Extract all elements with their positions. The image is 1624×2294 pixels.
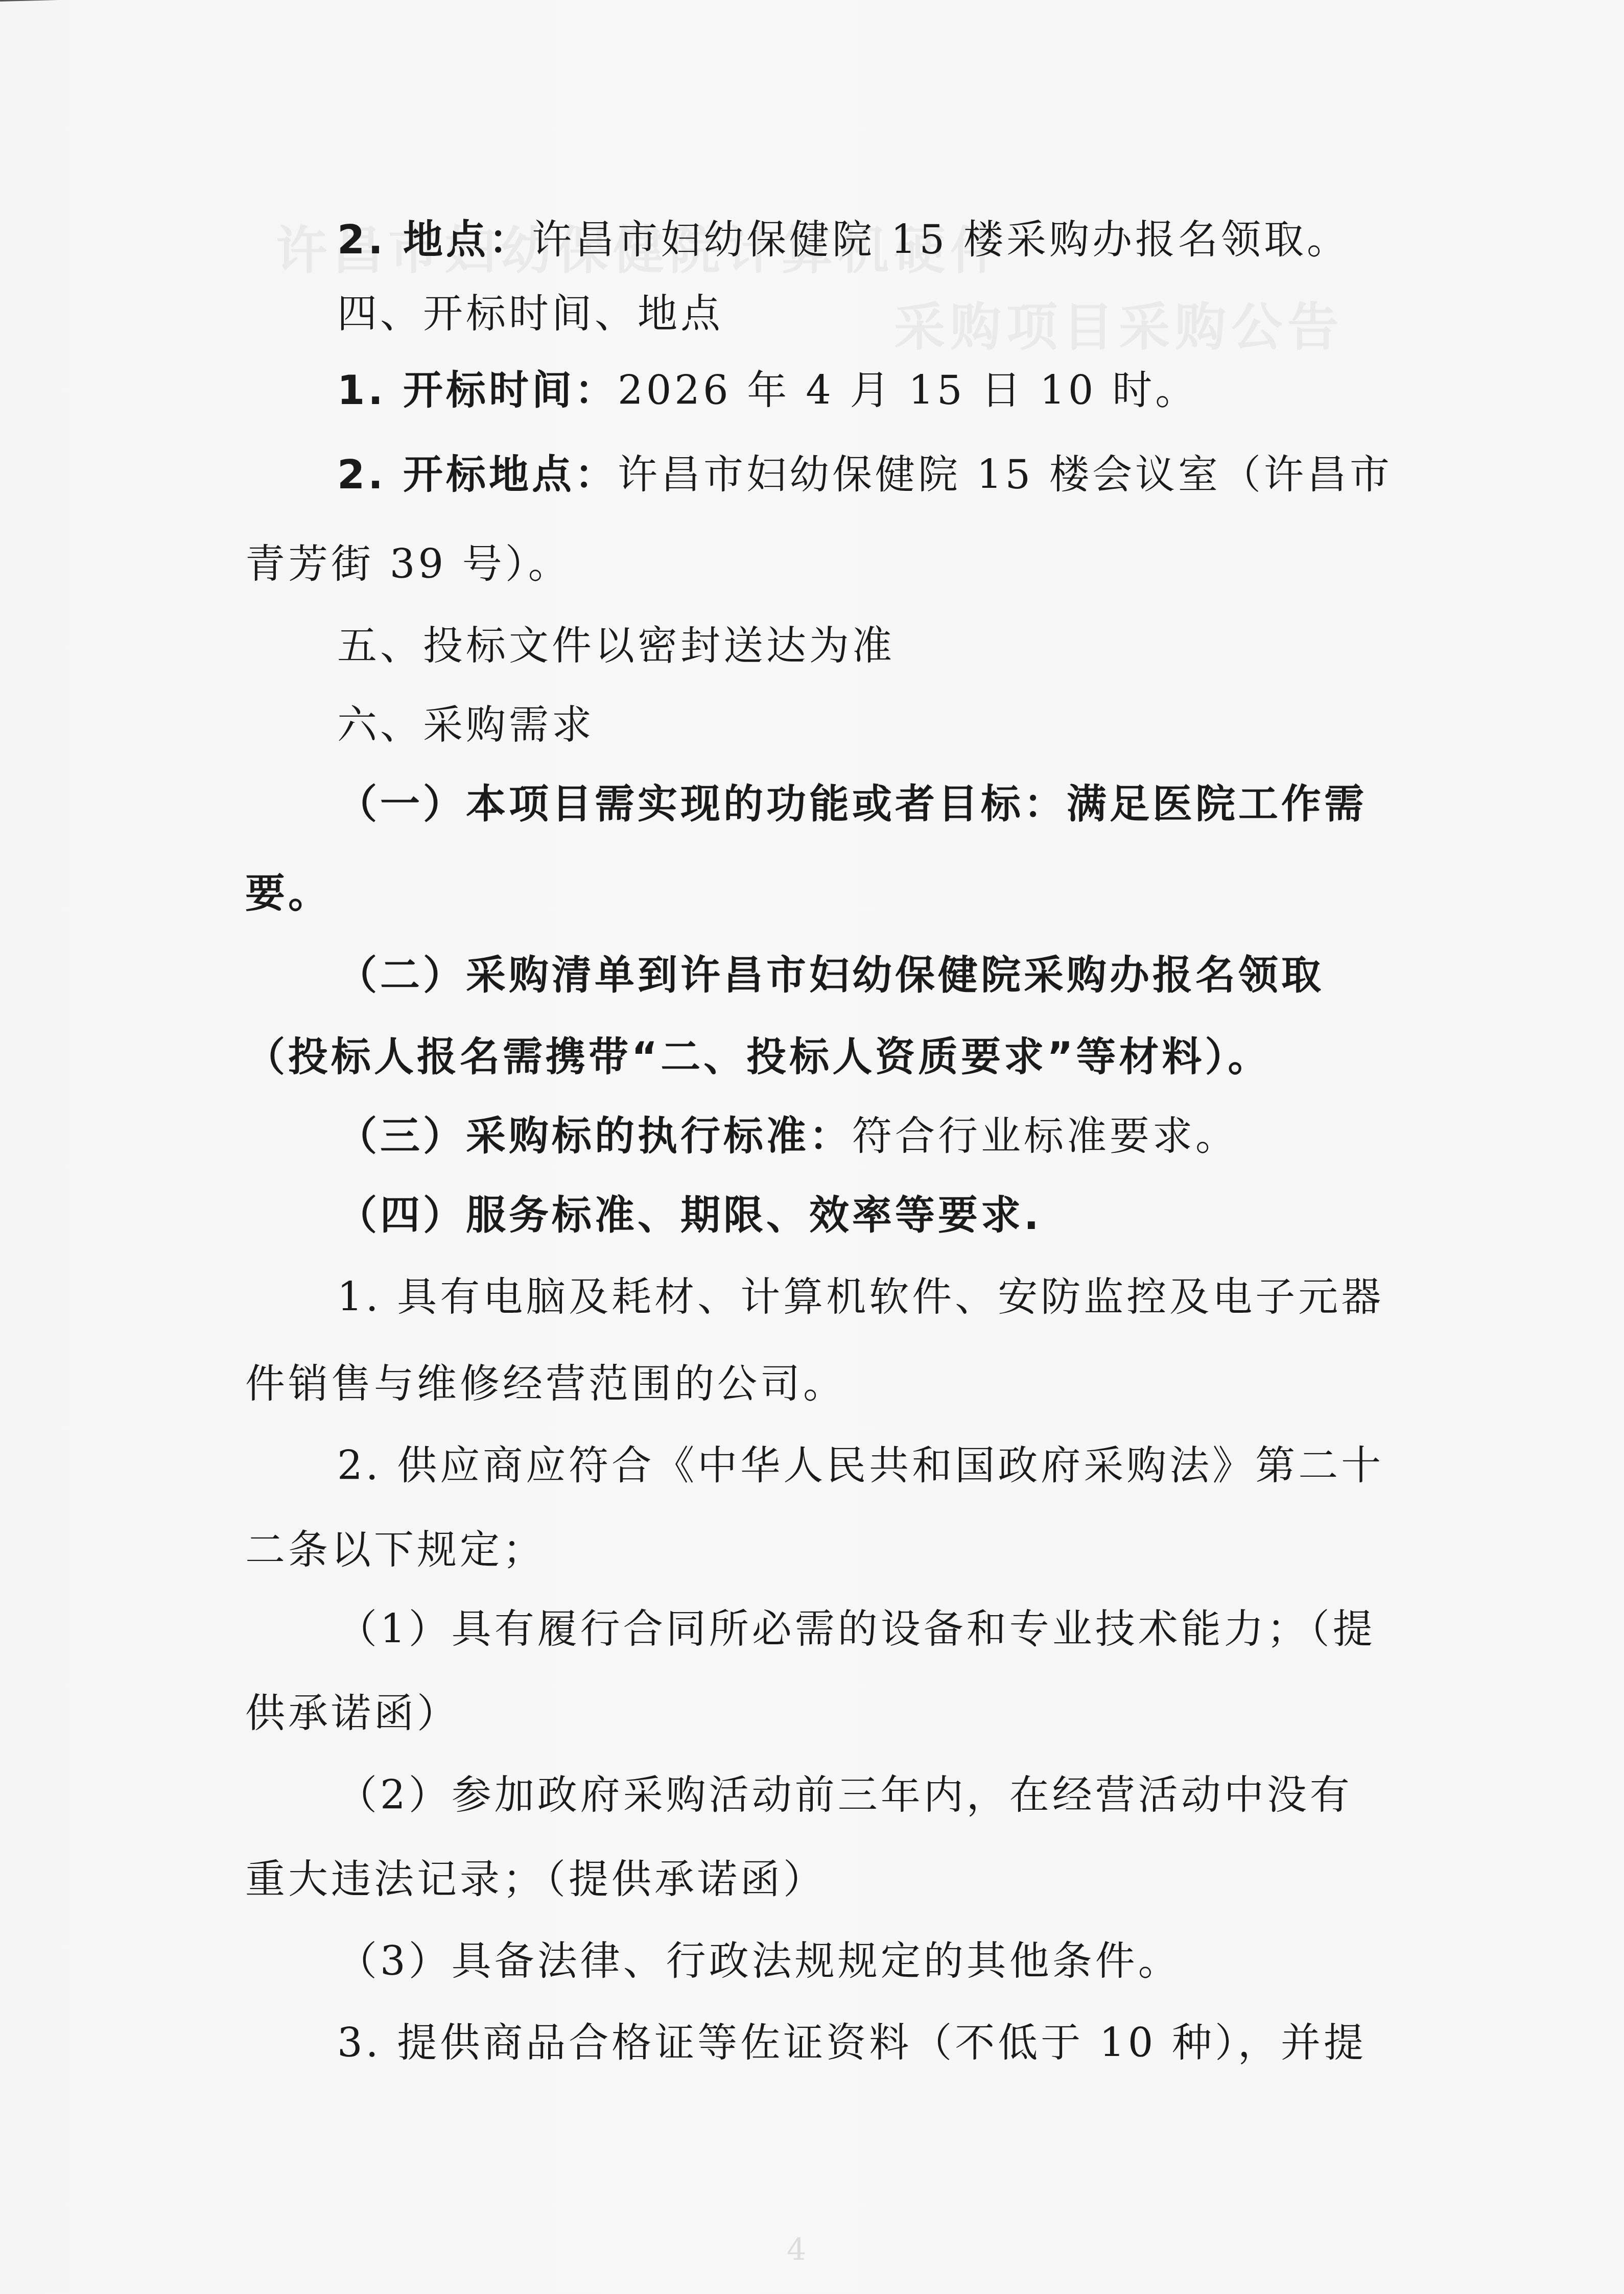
req-1-cont: 要。: [245, 868, 331, 919]
section-4-heading: 四、开标时间、地点: [337, 289, 723, 340]
item-2-2-cont: 重大违法记录；（提供承诺函）: [245, 1854, 826, 1905]
req-3-text: 符合行业标准要求。: [852, 1114, 1238, 1160]
req-2-cont: （投标人报名需携带“二、投标人资质要求”等材料）。: [245, 1032, 1271, 1083]
req-3-label: （三）采购标的执行标准：: [337, 1114, 852, 1160]
item-2-line: 2. 供应商应符合《中华人民共和国政府采购法》第二十: [337, 1440, 1384, 1492]
location-label: 2. 地点：: [337, 217, 532, 263]
bleed-through-title-2: 采购项目采购公告: [894, 286, 1344, 360]
item-2-cont: 二条以下规定；: [245, 1525, 546, 1576]
item-1-cont: 件销售与维修经营范围的公司。: [245, 1359, 846, 1410]
req-3-line: （三）采购标的执行标准：符合行业标准要求。: [337, 1111, 1238, 1162]
location-line: 2. 地点：许昌市妇幼保健院 15 楼采购办报名领取。: [337, 215, 1350, 266]
location-text: 许昌市妇幼保健院 15 楼采购办报名领取。: [532, 217, 1350, 263]
scanned-document-page: 许昌市妇幼保健院计算机硬件 采购项目采购公告 2. 地点：许昌市妇幼保健院 15…: [0, 0, 1624, 2294]
opening-location-cont: 青芳街 39 号）。: [245, 539, 571, 590]
opening-location-line: 2. 开标地点：许昌市妇幼保健院 15 楼会议室（许昌市: [337, 450, 1393, 501]
scan-edge-line: [0, 0, 419, 2]
opening-time-line: 1. 开标时间：2026 年 4 月 15 日 10 时。: [337, 365, 1198, 416]
req-2-line: （二）采购清单到许昌市妇幼保健院采购办报名领取: [337, 950, 1324, 1001]
item-2-2-line: （2）参加政府采购活动前三年内，在经营活动中没有: [337, 1770, 1353, 1821]
item-1-line: 1. 具有电脑及耗材、计算机软件、安防监控及电子元器: [337, 1272, 1384, 1323]
opening-location-value: 许昌市妇幼保健院 15 楼会议室（许昌市: [618, 452, 1393, 498]
item-2-1-cont: 供承诺函）: [245, 1688, 460, 1739]
item-2-1-line: （1）具有履行合同所必需的设备和专业技术能力；（提: [337, 1604, 1376, 1655]
section-5-heading: 五、投标文件以密封送达为准: [337, 621, 895, 672]
section-6-heading: 六、采购需求: [337, 700, 595, 751]
req-1-line: （一）本项目需实现的功能或者目标：满足医院工作需: [337, 779, 1367, 830]
item-3-line: 3. 提供商品合格证等佐证资料（不低于 10 种），并提: [337, 2018, 1367, 2069]
item-2-3-line: （3）具备法律、行政法规规定的其他条件。: [337, 1936, 1181, 1987]
opening-time-value: 2026 年 4 月 15 日 10 时。: [618, 368, 1198, 414]
req-4-line: （四）服务标准、期限、效率等要求.: [337, 1190, 1042, 1241]
page-number: 4: [787, 2232, 806, 2268]
opening-location-label: 2. 开标地点：: [337, 452, 618, 498]
opening-time-label: 1. 开标时间：: [337, 368, 618, 414]
